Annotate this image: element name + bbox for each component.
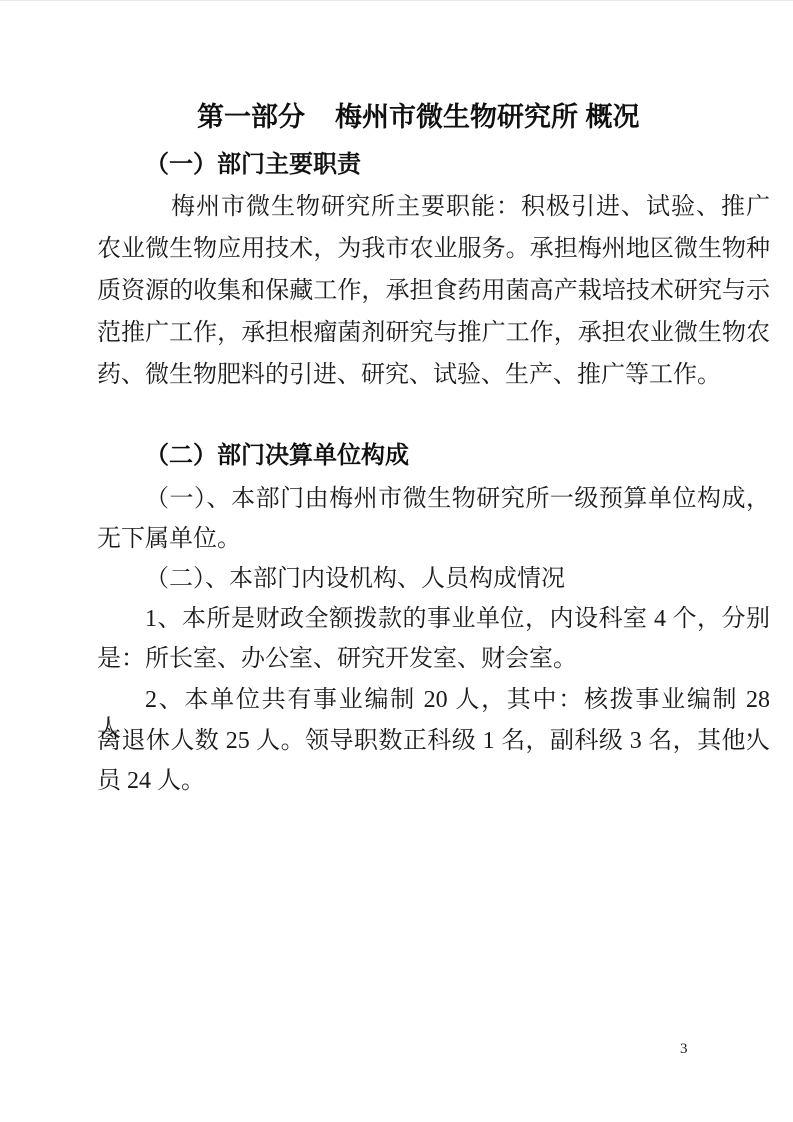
section2-line-2: 无下属单位。 [97,525,770,554]
section2-line-1: （一）、本部门由梅州市微生物研究所一级预算单位构成， [97,485,770,514]
title-part2: 梅州市微生物研究所 概况 [335,102,640,132]
title-part1: 第一部分 [197,102,305,132]
section1-para-line-2: 农业微生物应用技术，为我市农业服务。承担梅州地区微生物种 [97,235,770,264]
section1-para-line-1: 梅州市微生物研究所主要职能：积极引进、试验、推广 [97,193,770,222]
document-title: 第一部分梅州市微生物研究所 概况 [197,101,640,133]
section2-line-4: 1、本所是财政全额拨款的事业单位，内设科室 4 个，分别 [97,605,770,634]
section1-para-line-4: 范推广工作，承担根瘤菌剂研究与推广工作，承担农业微生物农 [97,319,770,348]
section2-line-8: 员 24 人。 [97,767,770,796]
section1-para-line-5: 药、微生物肥料的引进、研究、试验、生产、推广等工作。 [97,361,770,390]
section2-line-5: 是：所长室、办公室、研究开发室、财会室。 [97,645,770,674]
section2-line-7: 离退休人数 25 人。领导职数正科级 1 名，副科级 3 名，其他人 [97,727,770,756]
section2-line-3: （二）、本部门内设机构、人员构成情况 [97,565,770,594]
section1-para-line-3: 质资源的收集和保藏工作，承担食药用菌高产栽培技术研究与示 [97,277,770,306]
section1-heading: （一）部门主要职责 [97,151,770,179]
document-page: 第一部分梅州市微生物研究所 概况 （一）部门主要职责 梅州市微生物研究所主要职能… [0,0,793,1122]
section2-heading: （二）部门决算单位构成 [97,442,770,470]
page-number: 3 [680,1040,688,1058]
